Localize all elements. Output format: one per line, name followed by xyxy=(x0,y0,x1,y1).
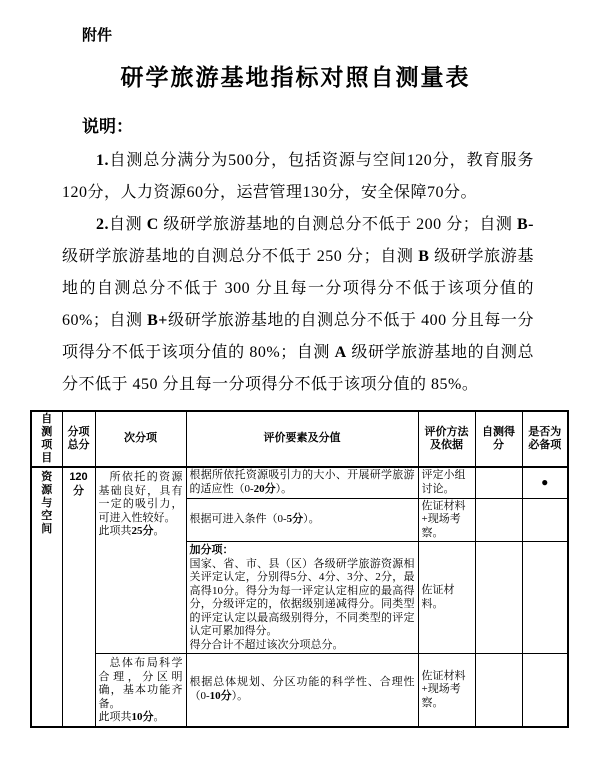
self-score-cell-3 xyxy=(475,542,522,654)
evaluation-cell-2: 根据可进入条件（0-5分）。 xyxy=(186,498,418,542)
header-mandatory-item: 是否为必备项 xyxy=(522,411,568,467)
evaluation-cell-4: 根据总体规划、分区功能的科学性、合理性（0-10分）。 xyxy=(186,654,418,727)
method-cell-1: 评定小组讨论。 xyxy=(418,467,475,498)
subitem-2-text: 总体布局科学合理，分区明确，基本功能齐备。 xyxy=(99,657,183,711)
document-title: 研学旅游基地指标对照自测量表 xyxy=(0,59,591,92)
mandatory-cell-1: ● xyxy=(522,467,568,498)
self-score-cell-2 xyxy=(475,498,522,542)
method-cell-4: 佐证材料+现场考察。 xyxy=(418,654,475,727)
subitem-1-text: 所依托的资源基础良好，具有一定的吸引力，可进入性较好。 xyxy=(99,471,183,525)
header-subitem-total-score: 分项总分 xyxy=(62,411,95,467)
method-cell-3: 佐证材料。 xyxy=(418,542,475,654)
mandatory-cell-2 xyxy=(522,498,568,542)
bonus-note: 得分合计不超过该次分项总分。 xyxy=(190,639,415,653)
header-evaluation-method: 评价方法及依据 xyxy=(418,411,475,467)
header-secondary-subitem: 次分项 xyxy=(95,411,186,467)
category-total-score-cell: 120分 xyxy=(62,467,95,727)
header-evaluation-elements: 评价要素及分值 xyxy=(186,411,418,467)
header-self-test-item-label: 自测项目 xyxy=(40,413,53,465)
bonus-cell: 加分项： 国家、省、市、县（区）各级研学旅游资源相关评定认定，分别得5分、4分、… xyxy=(186,542,418,654)
evaluation-cell-1: 根据所依托资源吸引力的大小、开展研学旅游的适应性（0-20分）。 xyxy=(186,467,418,498)
self-score-cell-1 xyxy=(475,467,522,498)
instructions-heading: 说明： xyxy=(82,112,591,137)
category-label: 资源与空间 xyxy=(40,471,53,536)
table-row-4: 总体布局科学合理，分区明确，基本功能齐备。 此项共10分。 根据总体规划、分区功… xyxy=(31,654,568,727)
subitem-1-cell: 所依托的资源基础良好，具有一定的吸引力，可进入性较好。 此项共25分。 xyxy=(95,467,186,654)
bonus-title: 加分项： xyxy=(190,544,415,558)
category-cell: 资源与空间 xyxy=(31,467,62,727)
instruction-paragraph-2: 2.自测 C 级研学旅游基地的自测总分不低于 200 分；自测 B-级研学旅游基… xyxy=(62,209,534,401)
self-assessment-table: 自测项目 分项总分 次分项 评价要素及分值 评价方法及依据 自测得分 是否为必备… xyxy=(30,410,569,728)
mandatory-cell-4 xyxy=(522,654,568,727)
subitem-2-score-line: 此项共10分。 xyxy=(99,711,183,725)
table-header-row: 自测项目 分项总分 次分项 评价要素及分值 评价方法及依据 自测得分 是否为必备… xyxy=(31,411,568,467)
subitem-2-cell: 总体布局科学合理，分区明确，基本功能齐备。 此项共10分。 xyxy=(95,654,186,727)
bonus-body: 国家、省、市、县（区）各级研学旅游资源相关评定认定，分别得5分、4分、3分、2分… xyxy=(190,558,415,639)
self-score-cell-4 xyxy=(475,654,522,727)
table-row-1: 资源与空间 120分 所依托的资源基础良好，具有一定的吸引力，可进入性较好。 此… xyxy=(31,467,568,498)
document-page: 附件 研学旅游基地指标对照自测量表 说明： 1.自测总分满分为500分，包括资源… xyxy=(0,0,591,757)
attachment-label: 附件 xyxy=(82,0,591,45)
mandatory-cell-3 xyxy=(522,542,568,654)
instruction-paragraph-1: 1.自测总分满分为500分，包括资源与空间120分，教育服务120分，人力资源6… xyxy=(62,145,534,209)
method-cell-2: 佐证材料+现场考察。 xyxy=(418,498,475,542)
header-self-test-score: 自测得分 xyxy=(475,411,522,467)
subitem-1-score-line: 此项共25分。 xyxy=(99,525,183,539)
header-self-test-item: 自测项目 xyxy=(31,411,62,467)
